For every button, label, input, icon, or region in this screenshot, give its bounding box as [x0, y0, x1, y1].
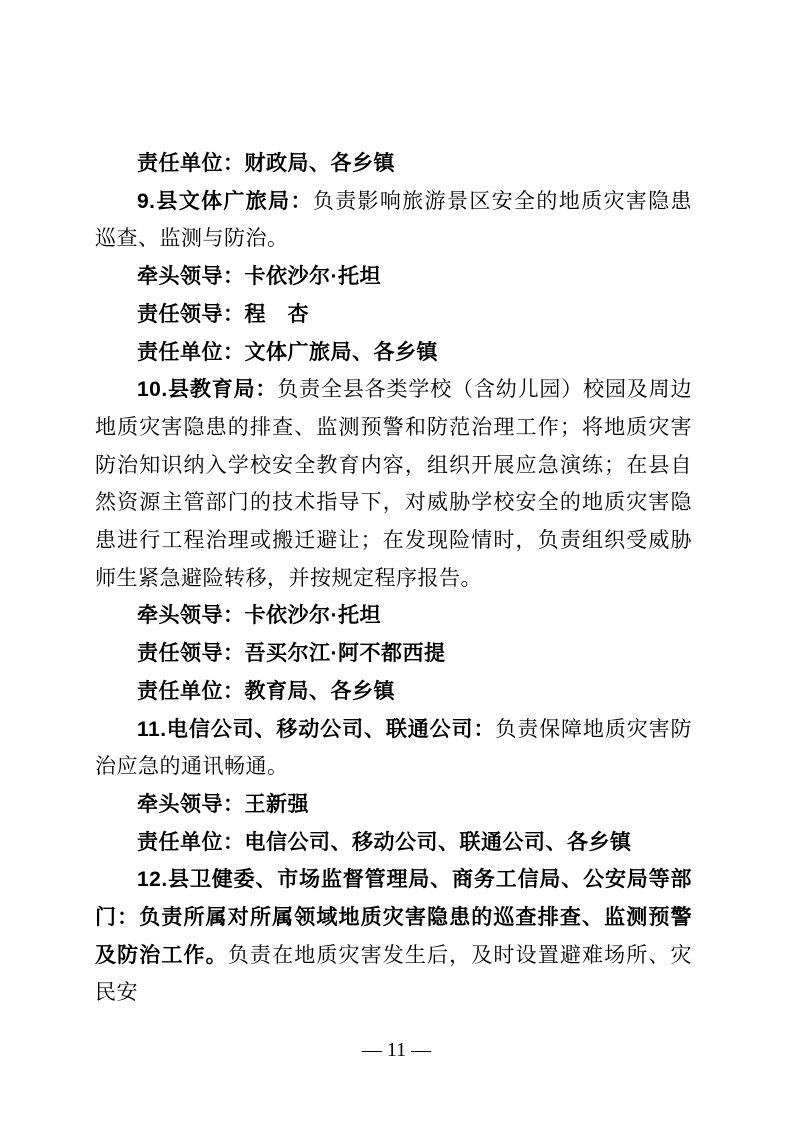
- bold-run: 牵头领导：卡依沙尔·托坦: [137, 604, 381, 627]
- body-paragraph: 11.电信公司、移动公司、联通公司：负责保障地质灾害防治应急的通讯畅通。: [95, 711, 692, 786]
- bold-run: 责任单位：文体广旅局、各乡镇: [137, 341, 438, 364]
- body-paragraph: 12.县卫健委、市场监督管理局、商务工信局、公安局等部门：负责所属对所属领域地质…: [95, 861, 692, 1012]
- bold-run: 9.县文体广旅局：: [137, 190, 313, 213]
- body-paragraph: 责任单位：教育局、各乡镇: [95, 673, 692, 711]
- body-paragraph: 责任单位：电信公司、移动公司、联通公司、各乡镇: [95, 824, 692, 862]
- page-footer: — 11 —: [0, 1036, 793, 1064]
- body-paragraph: 9.县文体广旅局：负责影响旅游景区安全的地质灾害隐患巡查、监测与防治。: [95, 183, 692, 258]
- body-paragraph: 责任单位：文体广旅局、各乡镇: [95, 334, 692, 372]
- body-paragraph: 牵头领导：卡依沙尔·托坦: [95, 597, 692, 635]
- bold-run: 牵头领导：卡依沙尔·托坦: [137, 265, 381, 288]
- document-page: 责任单位：财政局、各乡镇 9.县文体广旅局：负责影响旅游景区安全的地质灾害隐患巡…: [0, 0, 793, 1122]
- bold-run: 责任单位：教育局、各乡镇: [137, 680, 395, 703]
- bold-run: 10.县教育局：: [137, 378, 277, 401]
- regular-run: 负责全县各类学校（含幼儿园）校园及周边地质灾害隐患的排查、监测预警和防范治理工作…: [95, 377, 692, 590]
- bold-run: 牵头领导：王新强: [137, 793, 309, 816]
- bold-run: 11.电信公司、移动公司、联通公司：: [137, 718, 495, 741]
- body-paragraph: 牵头领导：卡依沙尔·托坦: [95, 258, 692, 296]
- body-paragraph: 责任领导：程 杏: [95, 296, 692, 334]
- body-paragraph: 牵头领导：王新强: [95, 786, 692, 824]
- bold-run: 责任领导：吾买尔江·阿不都西提: [137, 642, 446, 665]
- document-body: 责任单位：财政局、各乡镇 9.县文体广旅局：负责影响旅游景区安全的地质灾害隐患巡…: [95, 145, 692, 1012]
- body-paragraph: 责任领导：吾买尔江·阿不都西提: [95, 635, 692, 673]
- bold-run: 责任领导：程 杏: [137, 303, 309, 326]
- bold-run: 责任单位：电信公司、移动公司、联通公司、各乡镇: [137, 831, 632, 854]
- body-paragraph: 责任单位：财政局、各乡镇: [95, 145, 692, 183]
- page-number: — 11 —: [362, 1039, 431, 1061]
- body-paragraph: 10.县教育局：负责全县各类学校（含幼儿园）校园及周边地质灾害隐患的排查、监测预…: [95, 371, 692, 597]
- bold-run: 责任单位：财政局、各乡镇: [137, 152, 395, 175]
